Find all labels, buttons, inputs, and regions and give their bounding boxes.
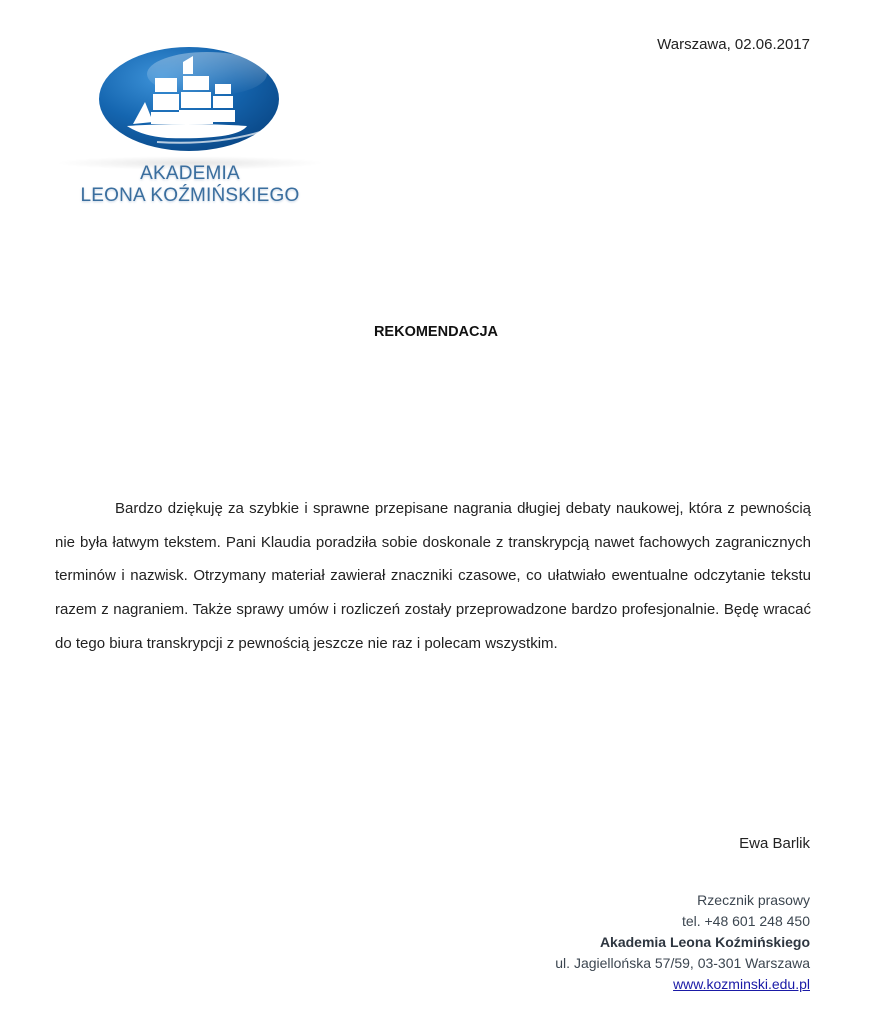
recommendation-body: Bardzo dziękuję za szybkie i sprawne prz… — [55, 492, 811, 661]
website-link[interactable]: www.kozminski.edu.pl — [673, 976, 810, 992]
logo-text: AKADEMIA LEONA KOŹMIŃSKIEGO — [55, 163, 325, 207]
contact-phone: tel. +48 601 248 450 — [555, 911, 810, 932]
contact-organization: Akademia Leona Koźmińskiego — [555, 932, 810, 953]
contact-footer: Rzecznik prasowy tel. +48 601 248 450 Ak… — [555, 890, 810, 995]
signature-name: Ewa Barlik — [739, 835, 810, 852]
letter-date: Warszawa, 02.06.2017 — [657, 36, 810, 53]
university-logo: AKADEMIA LEONA KOŹMIŃSKIEGO — [55, 38, 325, 218]
contact-position: Rzecznik prasowy — [555, 890, 810, 911]
document-title: REKOMENDACJA — [0, 324, 872, 340]
logo-line-1: AKADEMIA — [55, 163, 325, 185]
logo-line-2: LEONA KOŹMIŃSKIEGO — [55, 185, 325, 207]
contact-address: ul. Jagiellońska 57/59, 03-301 Warszawa — [555, 953, 810, 974]
sailing-ship-icon — [97, 44, 282, 154]
